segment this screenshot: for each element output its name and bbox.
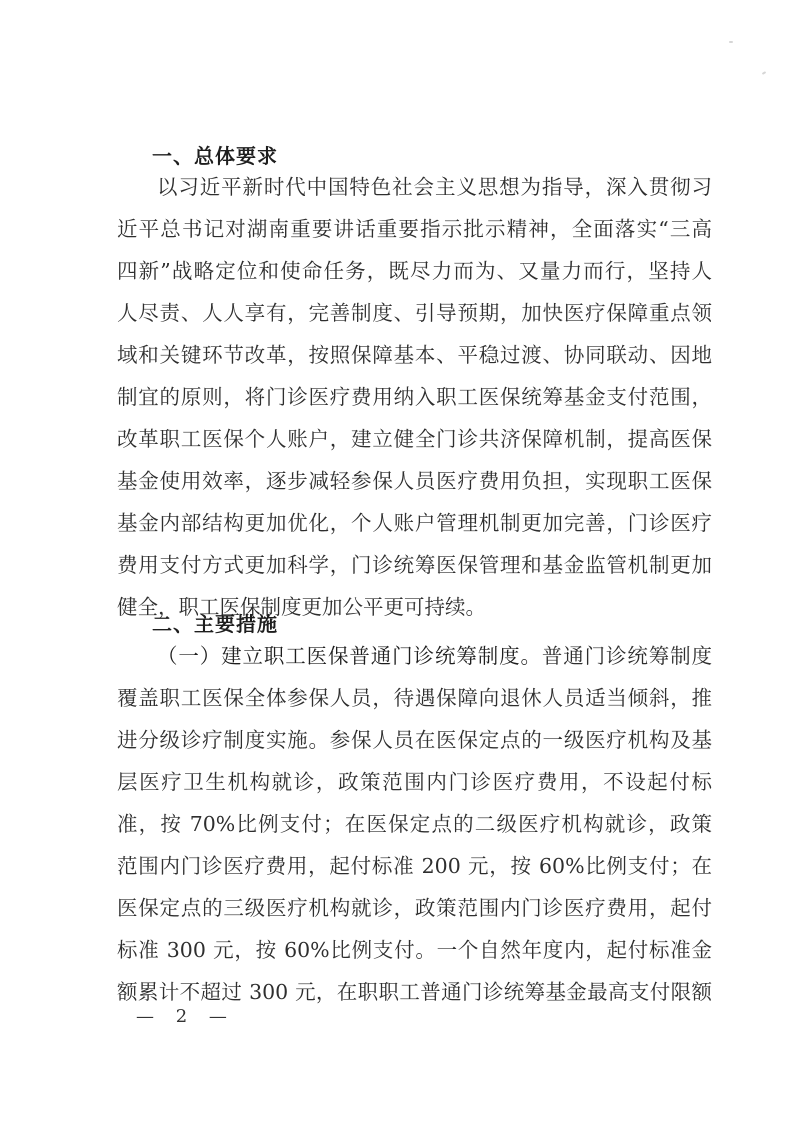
paragraph-line: 近平总书记对湖南重要讲话重要指示批示精神，全面落实“三高 bbox=[117, 217, 712, 241]
subsection-heading: （一）建立职工医保普通门诊统筹制度。 bbox=[157, 644, 542, 668]
paragraph-line: 人尽责、人人享有，完善制度、引导预期，加快医疗保障重点领 bbox=[117, 301, 712, 325]
section-heading-main-measures: 二、主要措施 bbox=[152, 608, 278, 637]
paragraph-line: 以习近平新时代中国特色社会主义思想为指导，深入贯彻习 bbox=[157, 175, 712, 199]
paragraph-line: 准，按 70%比例支付；在医保定点的二级医疗机构就诊，政策 bbox=[117, 812, 712, 836]
paragraph-line: 基金内部结构更加优化，个人账户管理机制更加完善，门诊医疗 bbox=[117, 511, 712, 535]
paragraph-text: 普通门诊统筹制度 bbox=[542, 644, 712, 668]
paragraph-line: 制宜的原则，将门诊医疗费用纳入职工医保统筹基金支付范围， bbox=[117, 385, 712, 409]
paragraph-line: （一）建立职工医保普通门诊统筹制度。普通门诊统筹制度 bbox=[157, 644, 712, 668]
document-page: 一、总体要求 以习近平新时代中国特色社会主义思想为指导，深入贯彻习 近平总书记对… bbox=[0, 0, 800, 1122]
paragraph-line: 标准 300 元，按 60%比例支付。一个自然年度内，起付标准金 bbox=[117, 938, 712, 962]
paragraph-line: 四新”战略定位和使命任务，既尽力而为、又量力而行，坚持人 bbox=[117, 259, 712, 283]
paragraph-line: 额累计不超过 300 元，在职职工普通门诊统筹基金最高支付限额 bbox=[117, 980, 712, 1004]
paragraph-line: 进分级诊疗制度实施。参保人员在医保定点的一级医疗机构及基 bbox=[117, 728, 712, 752]
paragraph-line: 费用支付方式更加科学，门诊统筹医保管理和基金监管机制更加 bbox=[117, 553, 712, 577]
paragraph-line: 层医疗卫生机构就诊，政策范围内门诊医疗费用，不设起付标 bbox=[117, 770, 712, 794]
paragraph-line: 医保定点的三级医疗机构就诊，政策范围内门诊医疗费用，起付 bbox=[117, 896, 712, 920]
paragraph-line: 基金使用效率，逐步减轻参保人员医疗费用负担，实现职工医保 bbox=[117, 469, 712, 493]
scan-speck bbox=[762, 71, 766, 75]
paragraph-line: 范围内门诊医疗费用，起付标准 200 元，按 60%比例支付；在 bbox=[117, 854, 712, 878]
section-heading-overall-requirements: 一、总体要求 bbox=[152, 140, 278, 169]
paragraph-line: 改革职工医保个人账户，建立健全门诊共济保障机制，提高医保 bbox=[117, 427, 712, 451]
page-number: — 2 — bbox=[136, 1006, 235, 1027]
paragraph-line: 覆盖职工医保全体参保人员，待遇保障向退休人员适当倾斜，推 bbox=[117, 686, 712, 710]
paragraph-line: 域和关键环节改革，按照保障基本、平稳过渡、协同联动、因地 bbox=[117, 343, 712, 367]
scan-speck bbox=[729, 41, 733, 43]
